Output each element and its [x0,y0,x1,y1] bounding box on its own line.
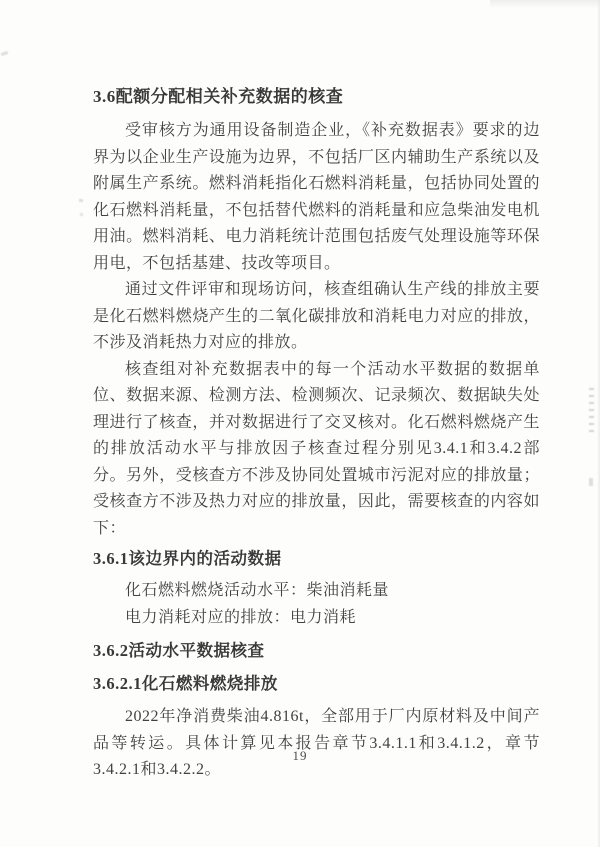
document-page: 3.6配额分配相关补充数据的核查 受审核方为通用设备制造企业，《补充数据表》要求… [0,0,600,847]
section-heading-3-6-1: 3.6.1该边界内的活动数据 [93,546,540,572]
scan-bleedthrough-smudge-small [589,478,593,486]
activity-item-fossil-fuel: 化石燃料燃烧活动水平：柴油消耗量 [93,578,540,605]
scan-speck-left-margin-2 [80,213,83,216]
paragraph-emission-confirmation: 通过文件评审和现场访问，核查组确认生产线的排放主要是化石燃料燃烧产生的二氧化碳排… [93,277,540,357]
section-heading-3-6-2: 3.6.2活动水平数据核查 [93,638,540,664]
activity-item-electricity: 电力消耗对应的排放：电力消耗 [93,605,540,632]
scan-speck-top-left [1,51,9,56]
activity-data-items: 化石燃料燃烧活动水平：柴油消耗量 电力消耗对应的排放：电力消耗 [93,578,540,631]
scan-corner-shade [490,0,600,8]
page-number: 19 [0,748,600,764]
paragraph-boundary-description: 受审核方为通用设备制造企业，《补充数据表》要求的边界为以企业生产设施为边界，不包… [93,118,540,277]
paragraph-diesel-consumption: 2022年净消费柴油4.816t，全部用于厂内原材料及中间产品等转运。具体计算见… [93,704,540,784]
section-heading-3-6-2-1: 3.6.2.1化石燃料燃烧排放 [93,671,540,697]
paragraph-data-verification: 核查组对补充数据表中的每一个活动水平数据的数据单位、数据来源、检测方法、检测频次… [93,357,540,543]
document-content: 3.6配额分配相关补充数据的核查 受审核方为通用设备制造企业，《补充数据表》要求… [93,84,540,784]
scan-speck-left-margin [79,199,83,202]
scan-bleedthrough-smudge [589,388,594,434]
section-heading-3-6: 3.6配额分配相关补充数据的核查 [93,84,540,110]
